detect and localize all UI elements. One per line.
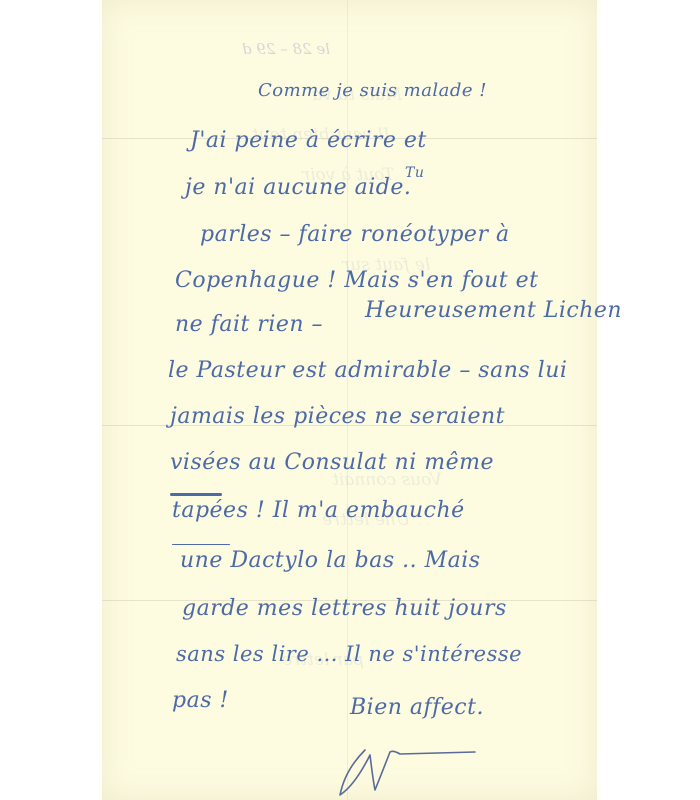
letter-line-4: parles – faire ronéotyper à	[200, 222, 510, 247]
letter-line-5: Copenhague ! Mais s'en fout et	[175, 268, 538, 293]
fold-line-vertical	[347, 0, 348, 800]
letter-line-1: Comme je suis malade !	[258, 80, 487, 101]
letter-line-6b: Heureusement Lichen	[365, 298, 622, 323]
letter-line-13: sans les lire ... Il ne s'intéresse	[176, 642, 522, 666]
letter-line-6: ne fait rien –	[175, 312, 323, 337]
signature	[335, 740, 495, 800]
letter-line-3: je n'ai aucune aide.	[185, 175, 411, 200]
letter-line-9: visées au Consulat ni même	[170, 450, 494, 475]
letter-line-11: une Dactylo la bas .. Mais	[180, 548, 481, 573]
underline-tapees	[172, 544, 230, 545]
letter-line-2: J'ai peine à écrire et	[190, 128, 427, 153]
closing-line: Bien affect.	[350, 695, 484, 720]
letter-paper: Mais tu va Il vaut bien tout Tout à voir…	[102, 0, 597, 800]
letter-line-3b: Tu	[405, 165, 424, 181]
underline-visees	[170, 493, 222, 496]
letter-line-7: le Pasteur est admirable – sans lui	[168, 358, 567, 383]
letter-line-8: jamais les pièces ne seraient	[170, 404, 505, 429]
date-bleed-through: le 28 – 29 d	[242, 40, 330, 58]
letter-line-10: tapées ! Il m'a embauché	[172, 498, 465, 523]
letter-line-12: garde mes lettres huit jours	[182, 596, 507, 621]
letter-line-14: pas !	[172, 688, 229, 713]
